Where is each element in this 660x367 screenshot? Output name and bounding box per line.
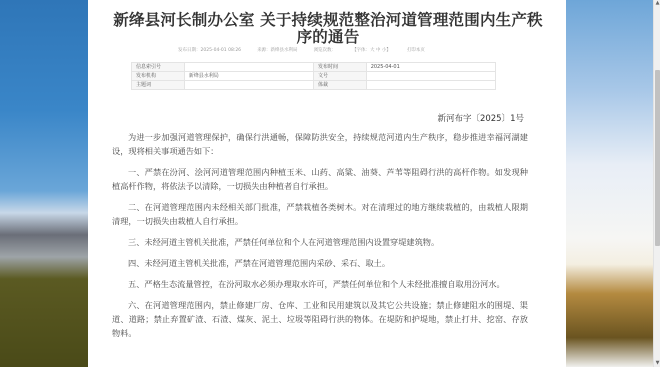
view-count: 浏览次数：: [314, 47, 337, 53]
index-number-value: [184, 63, 313, 72]
scroll-thumb[interactable]: [655, 70, 660, 246]
table-row: 发布机构 新绛县水利局 文号: [132, 72, 496, 81]
paragraph-item-3: 三、未经河道主管机关批准，严禁任何单位和个人在河道管理范围内设置穿堤建筑物。: [112, 235, 528, 249]
article-meta: 发布日期：2025-04-01 08:26 来源：新绛县水利局 浏览次数： 【字…: [178, 47, 478, 53]
keywords-label: 主题词: [132, 81, 185, 90]
print-link[interactable]: 打印本页: [407, 47, 425, 53]
article-body: 为进一步加强河道管理保护，确保行洪通畅，保障防洪安全，持续规范河道内生产秩序，稳…: [112, 130, 528, 347]
paragraph-item-5: 五、严格生态流量管控，在汾河取水必须办理取水许可，严禁任何单位和个人未经批准擅自…: [112, 277, 528, 291]
genre-value: [366, 81, 495, 90]
background-image-right: [566, 0, 653, 367]
paragraph-item-6: 六、在河道管理范围内，禁止修建厂房、仓库、工业和民用建筑以及其它公共设施；禁止修…: [112, 298, 528, 340]
publish-date: 发布日期：2025-04-01 08:26: [178, 47, 241, 53]
table-row: 信息索引号 发布时间 2025-04-01: [132, 63, 496, 72]
keywords-value: [184, 81, 313, 90]
font-size-options[interactable]: 【字体：大 中 小】: [352, 47, 391, 53]
scroll-down-arrow-icon[interactable]: ▼: [654, 360, 660, 367]
article-panel: 新绛县河长制办公室 关于持续规范整治河道管理范围内生产秩序的通告 发布日期：20…: [88, 0, 566, 367]
publisher-label: 发布机构: [132, 72, 185, 81]
publish-time-value: 2025-04-01: [366, 63, 495, 72]
paragraph-item-2: 二、在河道管理范围内未经相关部门批准，严禁栽植各类树木。对在清理过的地方继续栽植…: [112, 200, 528, 228]
publish-time-label: 发布时间: [313, 63, 366, 72]
doc-number-label: 文号: [313, 72, 366, 81]
vertical-scrollbar[interactable]: ▲ ▼: [653, 0, 660, 367]
paragraph-item-1: 一、严禁在汾河、浍河河道管理范围内种植玉米、山药、高粱、油葵、芦苇等阻碍行洪的高…: [112, 165, 528, 193]
paragraph-intro: 为进一步加强河道管理保护，确保行洪通畅，保障防洪安全，持续规范河道内生产秩序，稳…: [112, 130, 528, 158]
info-table: 信息索引号 发布时间 2025-04-01 发布机构 新绛县水利局 文号 主题词…: [131, 62, 496, 90]
page-title: 新绛县河长制办公室 关于持续规范整治河道管理范围内生产秩序的通告: [108, 12, 548, 46]
paragraph-item-4: 四、未经河道主管机关批准，严禁在河道管理范围内采砂、采石、取土。: [112, 256, 528, 270]
table-row: 主题词 体裁: [132, 81, 496, 90]
index-number-label: 信息索引号: [132, 63, 185, 72]
genre-label: 体裁: [313, 81, 366, 90]
publisher-value: 新绛县水利局: [184, 72, 313, 81]
source: 来源：新绛县水利局: [257, 47, 298, 53]
document-number: 新河布字〔2025〕1号: [437, 112, 524, 124]
scroll-up-arrow-icon[interactable]: ▲: [654, 0, 660, 7]
doc-number-value: [366, 72, 495, 81]
